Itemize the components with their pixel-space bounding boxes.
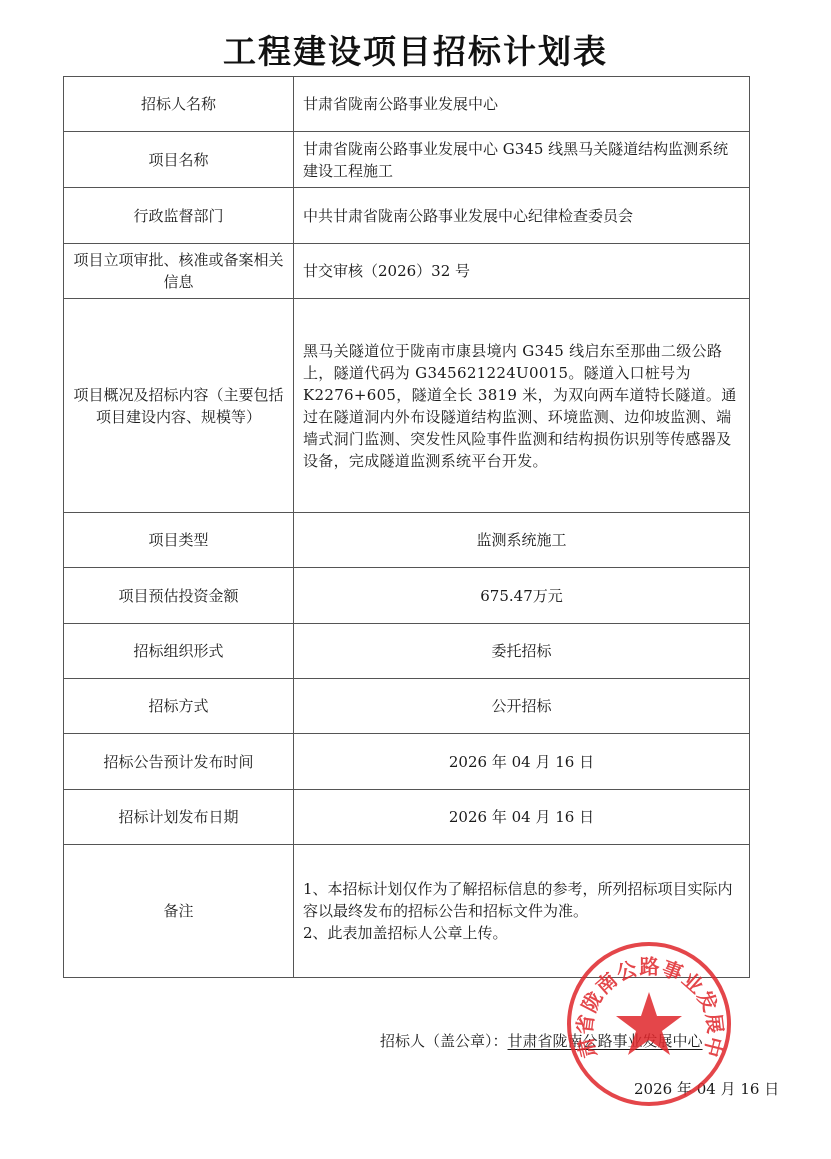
row-value-bidding-method: 公开招标 [294,679,750,734]
row-label-project-overview: 项目概况及招标内容（主要包括项目建设内容、规模等） [64,299,294,513]
signature-line: 招标人（盖公章）：甘肃省陇南公路事业发展中心 [380,1030,703,1051]
row-label-approval-info: 项目立项审批、核准或备案相关信息 [64,244,294,299]
row-label-supervision-dept: 行政监督部门 [64,188,294,244]
row-value-supervision-dept: 中共甘肃省陇南公路事业发展中心纪律检查委员会 [294,188,750,244]
row-value-estimated-investment: 675.47万元 [294,568,750,624]
remark-line-2: 2、此表加盖招标人公章上传。 [303,922,740,944]
row-value-project-overview: 黑马关隧道位于陇南市康县境内 G345 线启东至那曲二级公路上，隧道代码为 G3… [294,299,750,513]
row-label-organization-form: 招标组织形式 [64,624,294,679]
row-value-plan-publish-date: 2026 年 04 月 16 日 [294,790,750,845]
table-row: 项目类型 监测系统施工 [64,513,750,568]
table-row: 行政监督部门 中共甘肃省陇南公路事业发展中心纪律检查委员会 [64,188,750,244]
row-label-announcement-time: 招标公告预计发布时间 [64,734,294,790]
row-label-tenderer: 招标人名称 [64,77,294,132]
table-row: 项目立项审批、核准或备案相关信息 甘交审核（2026）32 号 [64,244,750,299]
table-row: 招标公告预计发布时间 2026 年 04 月 16 日 [64,734,750,790]
row-value-project-type: 监测系统施工 [294,513,750,568]
bidding-plan-table: 招标人名称 甘肃省陇南公路事业发展中心 项目名称 甘肃省陇南公路事业发展中心 G… [63,76,750,978]
row-value-approval-info: 甘交审核（2026）32 号 [294,244,750,299]
row-label-remarks: 备注 [64,845,294,978]
row-value-tenderer: 甘肃省陇南公路事业发展中心 [294,77,750,132]
table-row: 项目概况及招标内容（主要包括项目建设内容、规模等） 黑马关隧道位于陇南市康县境内… [64,299,750,513]
signature-date: 2026 年 04 月 16 日 [634,1078,779,1099]
row-label-estimated-investment: 项目预估投资金额 [64,568,294,624]
row-label-plan-publish-date: 招标计划发布日期 [64,790,294,845]
row-value-project-name: 甘肃省陇南公路事业发展中心 G345 线黑马关隧道结构监测系统建设工程施工 [294,132,750,188]
table-row: 招标组织形式 委托招标 [64,624,750,679]
row-label-project-type: 项目类型 [64,513,294,568]
document-title: 工程建设项目招标计划表 [0,26,831,73]
row-label-project-name: 项目名称 [64,132,294,188]
table-row: 招标计划发布日期 2026 年 04 月 16 日 [64,790,750,845]
table-row: 招标方式 公开招标 [64,679,750,734]
table-row: 项目预估投资金额 675.47万元 [64,568,750,624]
row-value-announcement-time: 2026 年 04 月 16 日 [294,734,750,790]
table-row: 备注 1、本招标计划仅作为了解招标信息的参考，所列招标项目实际内容以最终发布的招… [64,845,750,978]
row-value-remarks: 1、本招标计划仅作为了解招标信息的参考，所列招标项目实际内容以最终发布的招标公告… [294,845,750,978]
signature-label: 招标人（盖公章）： [380,1032,508,1050]
table-row: 招标人名称 甘肃省陇南公路事业发展中心 [64,77,750,132]
row-value-organization-form: 委托招标 [294,624,750,679]
row-label-bidding-method: 招标方式 [64,679,294,734]
signature-organization: 甘肃省陇南公路事业发展中心 [508,1032,703,1050]
table-row: 项目名称 甘肃省陇南公路事业发展中心 G345 线黑马关隧道结构监测系统建设工程… [64,132,750,188]
remark-line-1: 1、本招标计划仅作为了解招标信息的参考，所列招标项目实际内容以最终发布的招标公告… [303,878,740,922]
